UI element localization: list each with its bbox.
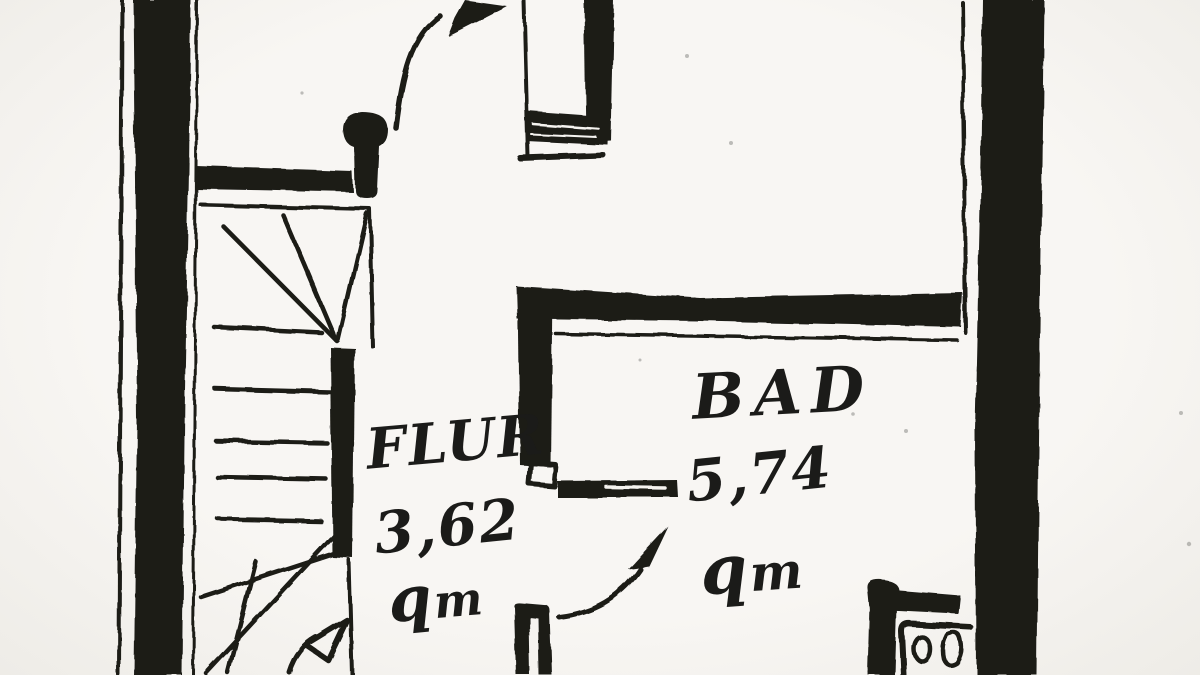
pier-threshold-line xyxy=(520,155,603,158)
stair-spine-lower-line xyxy=(349,560,352,675)
wall-left-outer-line xyxy=(119,0,122,675)
fixture-dial-ring xyxy=(943,633,962,665)
fixture-left-bar xyxy=(868,605,897,675)
bad-lower-wall-stub xyxy=(514,603,552,675)
winder-line xyxy=(214,327,321,332)
step-line xyxy=(215,389,330,392)
winder-line xyxy=(283,215,336,340)
wall-left xyxy=(119,0,197,675)
step-line xyxy=(217,477,326,479)
stairwell-top-wall xyxy=(196,112,388,198)
door-arrow-top xyxy=(396,0,507,128)
room-area-bad: 5,74 xyxy=(683,438,835,510)
room-unit-bad: qm xyxy=(698,530,807,605)
stub-white-core xyxy=(529,617,539,675)
step-line xyxy=(218,519,321,521)
wall-left-inner-face-line xyxy=(193,0,197,675)
winder-line xyxy=(224,227,337,341)
room-label-bad: BAD xyxy=(691,357,875,428)
bathroom-fixture xyxy=(868,580,970,675)
stair-up-arrow-head xyxy=(306,620,347,660)
door-arrow-bad-curve xyxy=(559,569,640,617)
wall-right-inner-face-line xyxy=(962,2,966,333)
door-arrow-bad xyxy=(559,526,668,617)
bad-door-leaf-slit xyxy=(606,487,665,488)
wall-left-body xyxy=(133,0,191,675)
staircase xyxy=(201,205,373,675)
door-arrow-top-curve xyxy=(396,16,440,128)
room-unit-flur: qm xyxy=(385,562,486,632)
step-line xyxy=(216,441,327,443)
door-arrow-top-head xyxy=(448,0,507,36)
top-wall-pier xyxy=(520,0,614,158)
wall-right-body xyxy=(975,0,1044,675)
bad-top-wall-inner-line xyxy=(556,334,957,340)
winder-line xyxy=(338,214,367,340)
scanned-floorplan-sheet: FLUR 3,62 qm BAD 5,74 qm xyxy=(0,0,1200,675)
room-area-flur: 3,62 xyxy=(371,490,523,562)
lower-winder-line xyxy=(201,553,335,597)
floorplan-drawing xyxy=(0,0,1200,675)
bad-top-wall-band xyxy=(516,286,963,327)
fixture-dial-ring xyxy=(914,637,930,661)
wall-right xyxy=(962,0,1044,675)
lower-winder-line xyxy=(206,526,342,673)
stairwell-top-wall-band xyxy=(196,166,353,192)
room-label-flur: FLUR xyxy=(364,406,548,477)
lower-winder-line xyxy=(228,562,256,673)
door-arrow-bad-head xyxy=(628,526,668,569)
